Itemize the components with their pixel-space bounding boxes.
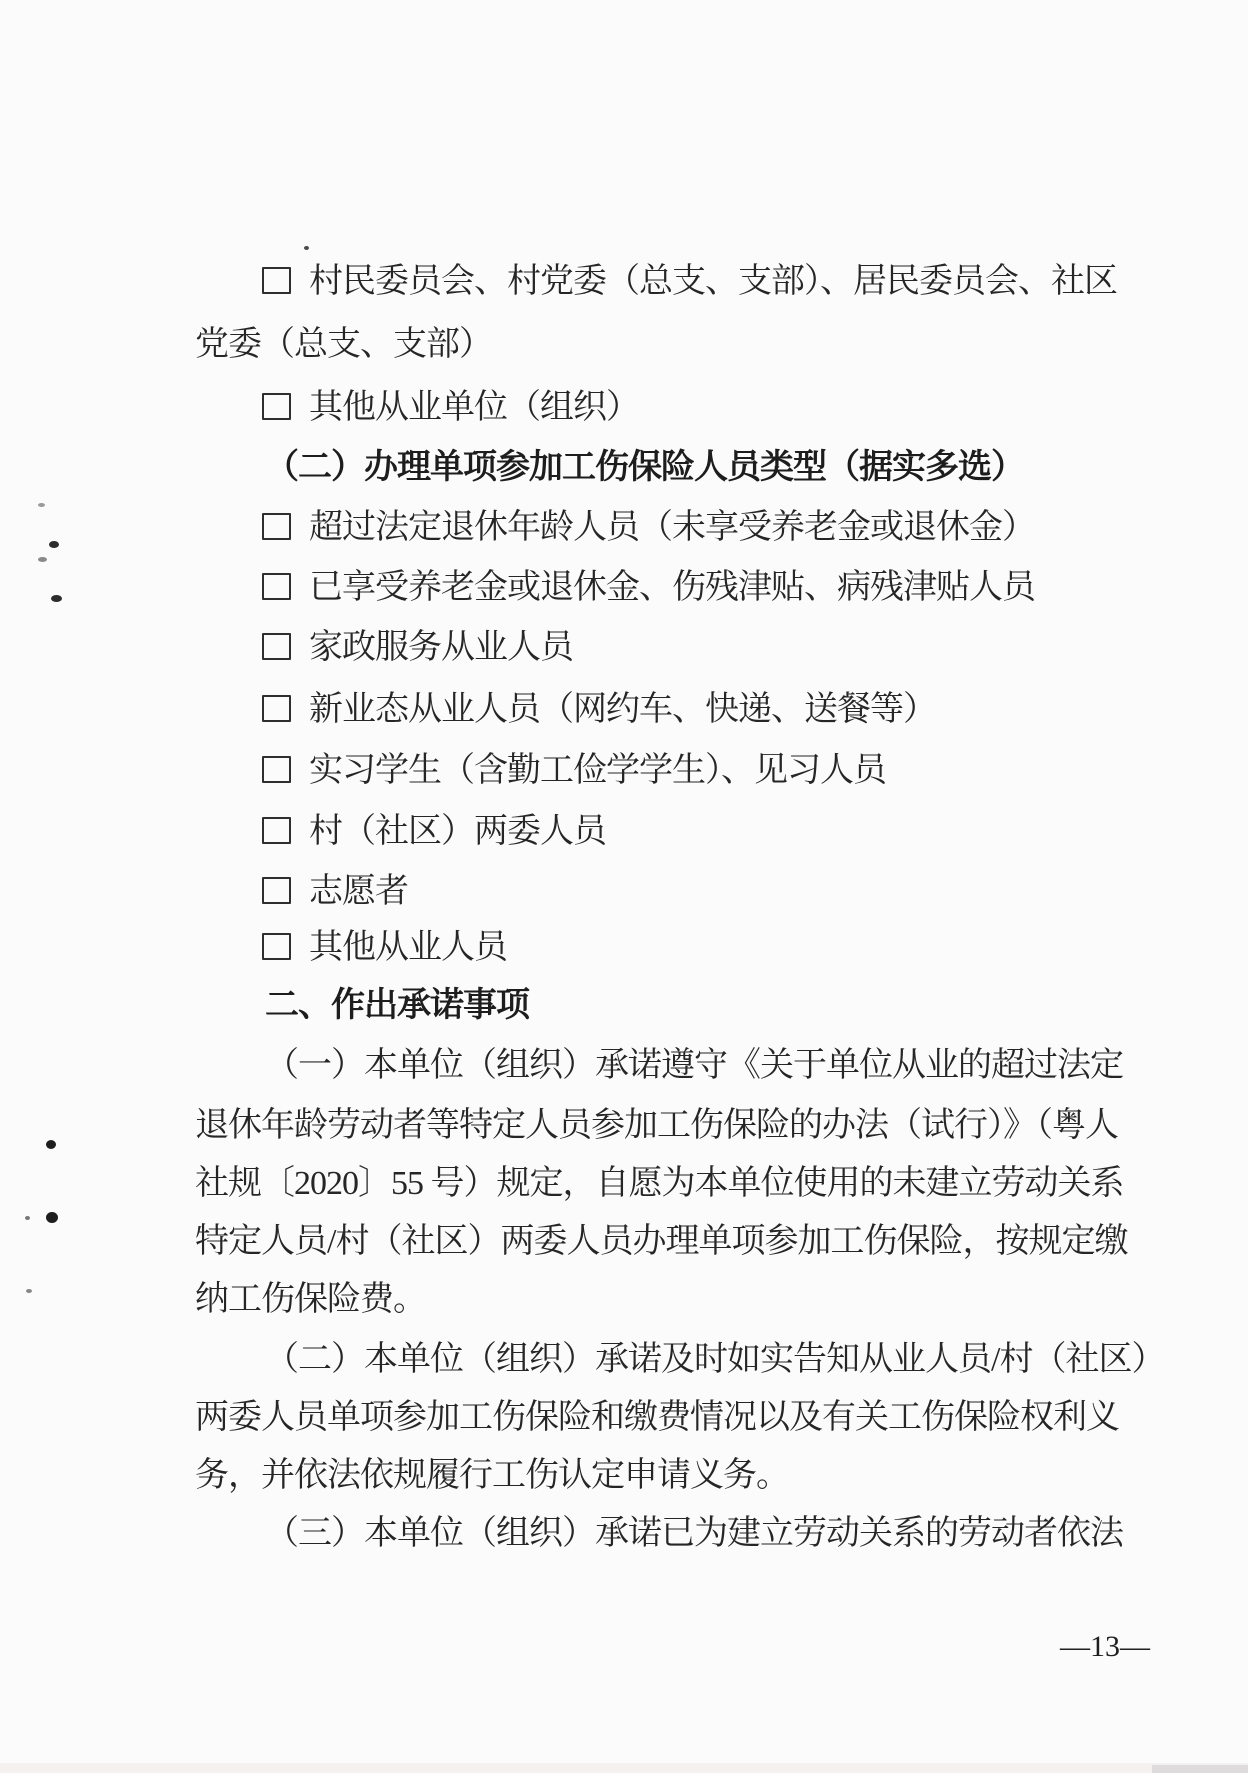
checkbox-item: 实习学生（含勤工俭学学生）、见习人员	[262, 751, 886, 791]
scan-speck	[49, 541, 59, 548]
scan-speck	[51, 595, 62, 602]
checkbox-item: 村（社区）两委人员	[262, 812, 606, 852]
checkbox-label: 志愿者	[309, 873, 408, 910]
checkbox-item: 家政服务从业人员	[262, 628, 573, 668]
checkbox-label: 超过法定退休年龄人员（未享受养老金或退休金）	[309, 509, 1035, 546]
checkbox-label: 其他从业单位（组织）	[309, 389, 639, 426]
scan-speck	[26, 1289, 32, 1293]
checkbox-item: 志愿者	[262, 872, 408, 912]
scanned-document-page: 村民委员会、村党委（总支、支部）、居民委员会、社区 党委（总支、支部） 其他从业…	[0, 0, 1248, 1773]
checkbox-item: 已享受养老金或退休金、伤残津贴、病残津贴人员	[262, 568, 1035, 608]
section-heading: 二、作出承诺事项	[265, 986, 529, 1026]
scan-speck	[38, 503, 45, 507]
checkbox[interactable]	[262, 573, 291, 600]
checkbox[interactable]	[262, 877, 291, 904]
checkbox[interactable]	[262, 933, 291, 960]
paragraph-line: （三）本单位（组织）承诺已为建立劳动关系的劳动者依法	[265, 1514, 1123, 1554]
paragraph-line: 社规〔2020〕55 号）规定，自愿为本单位使用的未建立劳动关系	[195, 1164, 1124, 1204]
section-heading: （二）办理单项参加工伤保险人员类型（据实多选）	[265, 448, 1024, 488]
checkbox[interactable]	[262, 817, 291, 844]
checkbox[interactable]	[262, 513, 291, 540]
checkbox-item: 超过法定退休年龄人员（未享受养老金或退休金）	[262, 508, 1035, 548]
checkbox-item: 新业态从业人员（网约车、快递、送餐等）	[262, 690, 936, 730]
paragraph-line: 退休年龄劳动者等特定人员参加工伤保险的办法（试行）》（粤人	[195, 1106, 1118, 1146]
checkbox-item: 其他从业人员	[262, 928, 507, 968]
paragraph-line: （一）本单位（组织）承诺遵守《关于单位从业的超过法定	[265, 1046, 1123, 1086]
checkbox-item: 其他从业单位（组织）	[262, 388, 639, 428]
checkbox-label: 新业态从业人员（网约车、快递、送餐等）	[309, 691, 936, 728]
scan-smudge	[1152, 1765, 1248, 1773]
checkbox-label: 家政服务从业人员	[309, 629, 573, 666]
paragraph-line: （二）本单位（组织）承诺及时如实告知从业人员/村（社区）	[265, 1340, 1164, 1380]
scan-speck	[25, 1216, 30, 1220]
checkbox[interactable]	[262, 695, 291, 722]
checkbox[interactable]	[262, 393, 291, 420]
paragraph-line: 特定人员/村（社区）两委人员办理单项参加工伤保险，按规定缴	[195, 1222, 1127, 1262]
paragraph-line: 纳工伤保险费。	[195, 1280, 426, 1320]
checkbox[interactable]	[262, 267, 291, 294]
scan-speck	[46, 1212, 58, 1223]
scan-smudge	[0, 1763, 1248, 1773]
page-number: —13—	[1040, 1630, 1170, 1664]
checkbox-label: 已享受养老金或退休金、伤残津贴、病残津贴人员	[309, 569, 1035, 606]
checkbox-item: 村民委员会、村党委（总支、支部）、居民委员会、社区	[262, 262, 1117, 302]
checkbox-label: 实习学生（含勤工俭学学生）、见习人员	[309, 752, 886, 789]
paragraph-line: 两委人员单项参加工伤保险和缴费情况以及有关工伤保险权利义	[195, 1398, 1119, 1438]
scan-speck	[46, 1140, 56, 1149]
checkbox[interactable]	[262, 756, 291, 783]
checkbox[interactable]	[262, 633, 291, 660]
checkbox-label: 村民委员会、村党委（总支、支部）、居民委员会、社区	[309, 263, 1117, 300]
checkbox-label: 其他从业人员	[309, 929, 507, 966]
checkbox-label: 村（社区）两委人员	[309, 813, 606, 850]
paragraph-line: 务，并依法依规履行工伤认定申请义务。	[195, 1456, 789, 1496]
paragraph-line: 党委（总支、支部）	[195, 325, 492, 365]
scan-speck	[38, 557, 47, 562]
scan-speck	[304, 246, 309, 250]
